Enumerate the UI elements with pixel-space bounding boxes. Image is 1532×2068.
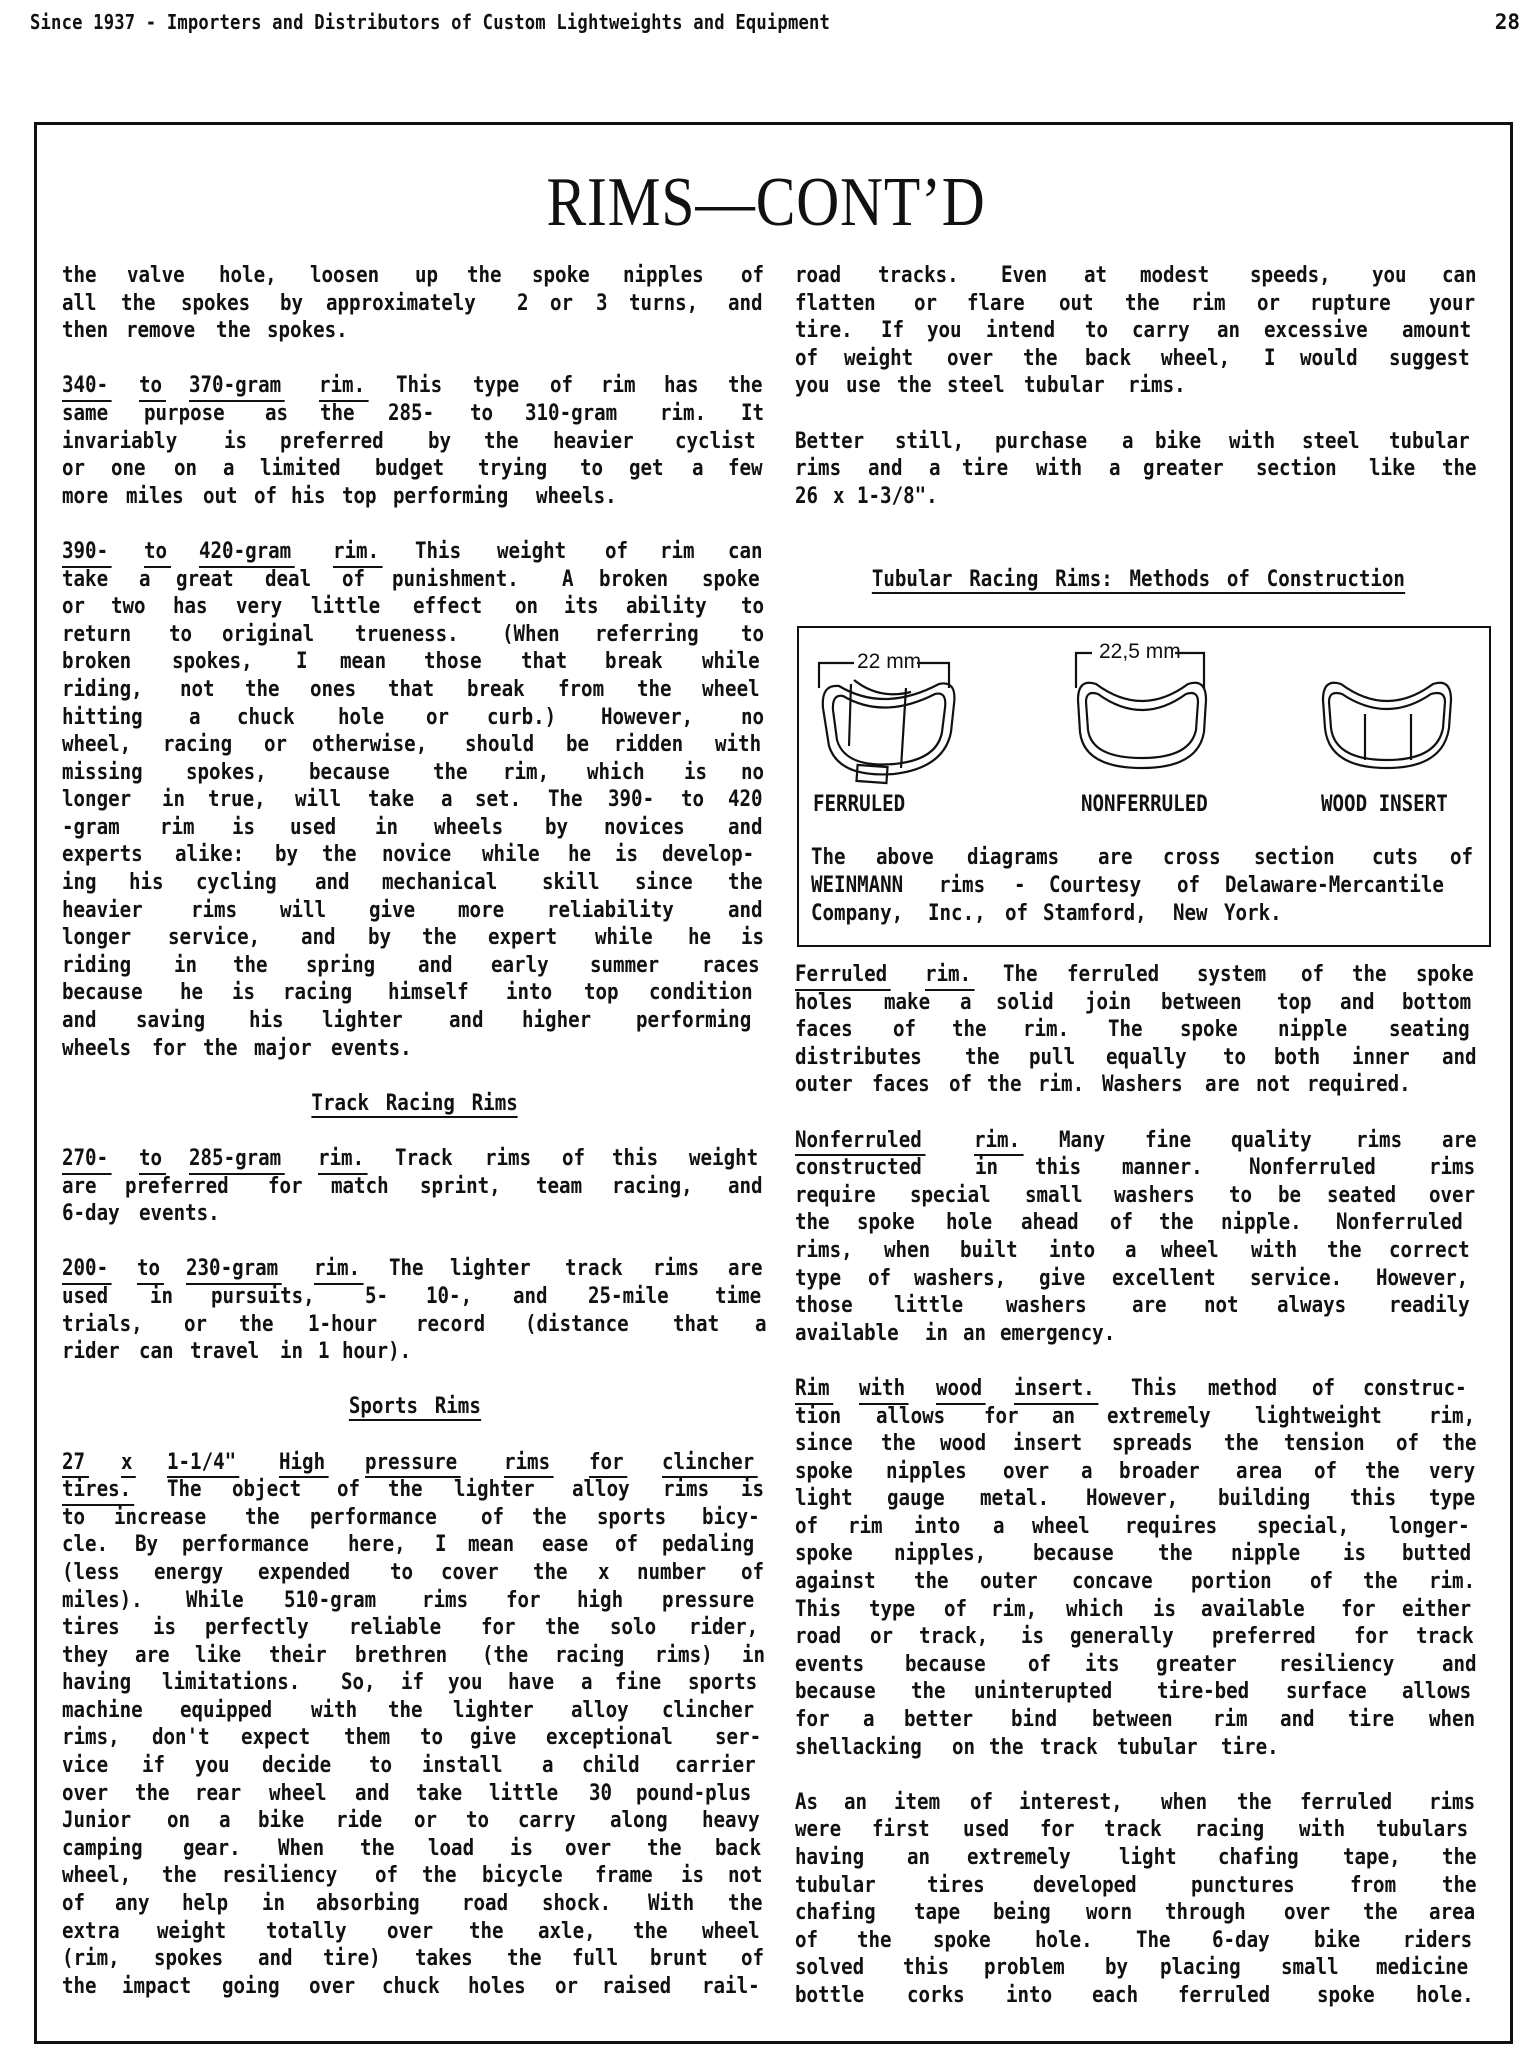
- text-line: thespokeholeaheadofthenipple.Nonferruled: [795, 1209, 1482, 1237]
- nonferruled-dimension: 22,5 mm: [1099, 640, 1181, 663]
- text-line: rims,don'texpectthemtogiveexceptionalser…: [62, 1724, 768, 1752]
- text-line: toincreasetheperformanceofthesportsbicy-: [62, 1504, 768, 1532]
- page-number: 28: [1495, 10, 1520, 34]
- text-line: tionallowsforanextremelylightweightrim,: [795, 1403, 1482, 1431]
- text-line: missingspokes,becausetherim,whichisno: [62, 759, 768, 787]
- text-line: oroneonalimitedbudgettryingtogetafew: [62, 455, 768, 483]
- text-line: Ferruledrim.Theferruledsystemofthespoke: [795, 961, 1482, 989]
- text-line: tiresisperfectlyreliableforthesolorider,: [62, 1614, 768, 1642]
- text-line: 6-dayevents.: [62, 1200, 768, 1228]
- text-line: thevalvehole,loosenupthespokenipplesof: [62, 262, 768, 290]
- paragraph: TheabovediagramsarecrosssectioncutsofWEI…: [811, 844, 1477, 928]
- paragraph: 200-to230-gramrim.Thelightertrackrimsare…: [62, 1255, 768, 1365]
- text-line: viceifyoudecidetoinstallachildcarrier: [62, 1752, 768, 1780]
- text-line: becauseheisracinghimselfintotopcondition: [62, 979, 768, 1007]
- text-line: chafingtapebeingwornthroughoverthearea: [795, 1899, 1482, 1927]
- paragraph-gap: [795, 1347, 1482, 1375]
- paragraph: Nonferruledrim.Manyfinequalityrimsarecon…: [795, 1127, 1482, 1348]
- text-line: andsavinghislighterandhigherperforming: [62, 1007, 768, 1035]
- text-line: forabetterbindbetweenrimandtirewhen: [795, 1706, 1482, 1734]
- paragraph-gap: [62, 1228, 768, 1256]
- text-line: Rimwithwoodinsert.Thismethodofconstruc-: [795, 1375, 1482, 1403]
- text-line: Thistypeofrim,whichisavailableforeither: [795, 1596, 1482, 1624]
- text-line: roadortrack,isgenerallypreferredfortrack: [795, 1623, 1482, 1651]
- text-line: longerservice,andbytheexpertwhileheis: [62, 924, 768, 952]
- text-line: theyareliketheirbrethren(theracingrims)i…: [62, 1642, 768, 1670]
- text-line: tire.Ifyouintendtocarryanexcessiveamount: [795, 317, 1482, 345]
- text-line: cle.Byperformancehere,Imeaneaseofpedalin…: [62, 1531, 768, 1559]
- text-line: availableinanemergency.: [795, 1320, 1482, 1348]
- text-line: ofrimintoawheelrequiresspecial,longer-: [795, 1513, 1482, 1541]
- text-line: trials,orthe1-hourrecord(distancethata: [62, 1311, 768, 1339]
- text-line: holesmakeasolidjoinbetweentopandbottom: [795, 989, 1482, 1017]
- text-line: Betterstill,purchaseabikewithsteeltubula…: [795, 428, 1482, 456]
- left-column: thevalvehole,loosenupthespokenipplesofal…: [62, 262, 768, 2000]
- text-line: youusethesteeltubularrims.: [795, 372, 1482, 400]
- text-line: ortwohasverylittleeffectonitsabilityto: [62, 593, 768, 621]
- paragraph-gap: [62, 1062, 768, 1090]
- text-line: invariablyispreferredbytheheaviercyclist: [62, 428, 768, 456]
- ferruled-label: FERRULED: [813, 792, 905, 817]
- paragraph: Rimwithwoodinsert.Thismethodofconstruc-t…: [795, 1375, 1482, 1761]
- text-line: -gramrimisusedinwheelsbynovicesand: [62, 814, 768, 842]
- paragraph-gap: [795, 1761, 1482, 1789]
- running-header: Since 1937 - Importers and Distributors …: [30, 10, 830, 34]
- text-line: roadtracks.Evenatmodestspeeds,youcan: [795, 262, 1482, 290]
- text-line: outerfacesoftherim.Washersarenotrequired…: [795, 1071, 1482, 1099]
- text-line: rimsandatirewithagreatersectionlikethe: [795, 455, 1482, 483]
- paragraph-gap: [795, 400, 1482, 428]
- text-line: 200-to230-gramrim.Thelightertrackrimsare: [62, 1255, 768, 1283]
- paragraph: Ferruledrim.Theferruledsystemofthespokeh…: [795, 961, 1482, 1099]
- text-line: requirespecialsmallwasherstobeseatedover: [795, 1182, 1482, 1210]
- text-line: 340-to370-gramrim.Thistypeofrimhasthe: [62, 372, 768, 400]
- text-line: spokenipplesoverabroaderareaofthevery: [795, 1458, 1482, 1486]
- text-line: Nonferruledrim.Manyfinequalityrimsare: [795, 1127, 1482, 1155]
- text-line: campinggear.Whentheloadisovertheback: [62, 1835, 768, 1863]
- text-line: eventsbecauseofitsgreaterresiliencyand: [795, 1651, 1482, 1679]
- text-line: Theabovediagramsarecrosssectioncutsof: [811, 844, 1477, 872]
- paragraph-gap: [62, 1421, 768, 1449]
- wood-insert-rim-cross-section-icon: [1323, 683, 1451, 768]
- text-line: wheel,racingorotherwise,shouldberiddenwi…: [62, 731, 768, 759]
- text-line: constructedinthismanner.Nonferruledrims: [795, 1154, 1482, 1182]
- page-title: RIMS—CONT’D: [115, 168, 1417, 238]
- text-line: ofweightoverthebackwheel,Iwouldsuggest: [795, 345, 1482, 373]
- text-line: wheelsforthemajorevents.: [62, 1035, 768, 1063]
- figure-heading-wrap: Tubular Racing Rims: Methods of Construc…: [795, 566, 1482, 594]
- text-line: havinganextremelylightchafingtape,the: [795, 1844, 1482, 1872]
- text-line: overtherearwheelandtakelittle30pound-plu…: [62, 1780, 768, 1808]
- text-line: wheel,theresiliencyofthebicycleframeisno…: [62, 1862, 768, 1890]
- section-heading: Track Racing Rims: [312, 1092, 518, 1118]
- text-line: brokenspokes,Imeanthosethatbreakwhile: [62, 648, 768, 676]
- text-line: usedinpursuits,5-10-,and25-miletime: [62, 1283, 768, 1311]
- figure-caption: TheabovediagramsarecrosssectioncutsofWEI…: [811, 844, 1477, 928]
- text-line: takeagreatdealofpunishment.Abrokenspoke: [62, 566, 768, 594]
- text-line: tubulartiresdevelopedpuncturesfromthe: [795, 1872, 1482, 1900]
- text-line: typeofwashers,giveexcellentservice.Howev…: [795, 1265, 1482, 1293]
- paragraph: Betterstill,purchaseabikewithsteeltubula…: [795, 428, 1482, 511]
- text-line: (rim,spokesandtire)takesthefullbruntof: [62, 1945, 768, 1973]
- section-heading-wrap: Track Racing Rims: [62, 1090, 768, 1118]
- nonferruled-label: NONFERRULED: [1081, 792, 1208, 817]
- section-heading-wrap: Sports Rims: [62, 1393, 768, 1421]
- paragraph: 390-to420-gramrim.Thisweightofrimcantake…: [62, 538, 768, 1062]
- wood-insert-label: WOOD INSERT: [1321, 792, 1448, 817]
- text-line: WEINMANNrims-CourtesyofDelaware-Mercanti…: [811, 872, 1477, 900]
- ferruled-rim-cross-section-icon: [819, 663, 954, 783]
- paragraph: thevalvehole,loosenupthespokenipplesofal…: [62, 262, 768, 345]
- text-line: ridinginthespringandearlysummerraces: [62, 952, 768, 980]
- section-heading: Sports Rims: [349, 1395, 481, 1421]
- paragraph: 270-to285-gramrim.Trackrimsofthisweighta…: [62, 1145, 768, 1228]
- text-line: arepreferredformatchsprint,teamracing,an…: [62, 1173, 768, 1201]
- text-line: allthespokesbyapproximately2or3turns,and: [62, 290, 768, 318]
- right-column-top: roadtracks.Evenatmodestspeeds,youcanflat…: [795, 262, 1482, 510]
- text-line: (lessenergyexpendedtocoverthexnumberof: [62, 1559, 768, 1587]
- paragraph-gap: [62, 1366, 768, 1394]
- text-line: expertsalike:bythenovicewhileheisdevelop…: [62, 841, 768, 869]
- text-line: distributesthepullequallytobothinnerand: [795, 1044, 1482, 1072]
- text-line: 27x1-1/4"Highpressurerimsforclincher: [62, 1449, 768, 1477]
- text-line: returntooriginaltrueness.(Whenreferringt…: [62, 621, 768, 649]
- text-line: ridercantravelin1hour).: [62, 1338, 768, 1366]
- paragraph: 27x1-1/4"Highpressurerimsforclinchertire…: [62, 1449, 768, 2001]
- text-line: ofthespokehole.The6-daybikeriders: [795, 1927, 1482, 1955]
- figure-heading: Tubular Racing Rims: Methods of Construc…: [872, 568, 1405, 594]
- text-line: theimpactgoingoverchuckholesorraisedrail…: [62, 1973, 768, 2001]
- text-line: heavierrimswillgivemorereliabilityand: [62, 897, 768, 925]
- text-line: machineequippedwiththelighteralloyclinch…: [62, 1697, 768, 1725]
- paragraph: roadtracks.Evenatmodestspeeds,youcanflat…: [795, 262, 1482, 400]
- text-line: tires.Theobjectofthelighteralloyrimsis: [62, 1476, 768, 1504]
- text-line: Junioronabikerideortocarryalongheavy: [62, 1807, 768, 1835]
- text-line: hittingachuckholeorcurb.)However,no: [62, 704, 768, 732]
- paragraph: Asanitemofinterest,whentheferruledrimswe…: [795, 1789, 1482, 2010]
- text-line: moremilesoutofhistopperformingwheels.: [62, 483, 768, 511]
- text-line: Asanitemofinterest,whentheferruledrims: [795, 1789, 1482, 1817]
- text-line: thoselittlewashersarenotalwaysreadily: [795, 1292, 1482, 1320]
- text-line: thenremovethespokes.: [62, 317, 768, 345]
- paragraph-gap: [62, 345, 768, 373]
- nonferruled-rim-cross-section-icon: [1076, 653, 1206, 768]
- text-line: riding,nottheonesthatbreakfromthewheel: [62, 676, 768, 704]
- text-line: 26x1-3/8".: [795, 483, 1482, 511]
- text-line: ofanyhelpinabsorbingroadshock.Withthe: [62, 1890, 768, 1918]
- text-line: miles).While510-gramrimsforhighpressure: [62, 1587, 768, 1615]
- text-line: longerintrue,willtakeaset.The390-to420: [62, 786, 768, 814]
- text-line: spokenipples,becausethenippleisbutted: [795, 1540, 1482, 1568]
- text-line: sincethewoodinsertspreadsthetensionofthe: [795, 1430, 1482, 1458]
- text-line: solvedthisproblembyplacingsmallmedicine: [795, 1954, 1482, 1982]
- text-line: extraweighttotallyovertheaxle,thewheel: [62, 1918, 768, 1946]
- text-line: rims,whenbuiltintoawheelwiththecorrect: [795, 1237, 1482, 1265]
- paragraph-gap: [795, 1099, 1482, 1127]
- text-line: inghiscyclingandmechanicalskillsincethe: [62, 869, 768, 897]
- text-line: werefirstusedfortrackracingwithtubulars: [795, 1816, 1482, 1844]
- text-line: flattenorflareouttherimorruptureyour: [795, 290, 1482, 318]
- text-line: bottlecorksintoeachferruledspokehole.: [795, 1982, 1482, 2010]
- rim-diagram-figure: 22 mm 22,5 mm FERRULED NONFERRULED WOOD …: [797, 626, 1491, 947]
- text-line: samepurposeasthe285-to310-gramrim.It: [62, 400, 768, 428]
- text-line: 270-to285-gramrim.Trackrimsofthisweight: [62, 1145, 768, 1173]
- text-line: shellackingonthetracktubulartire.: [795, 1734, 1482, 1762]
- text-line: becausetheuninteruptedtire-bedsurfaceall…: [795, 1678, 1482, 1706]
- text-line: havinglimitations.So,ifyouhaveafinesport…: [62, 1669, 768, 1697]
- paragraph-gap: [62, 1117, 768, 1145]
- text-line: Company,Inc.,ofStamford,NewYork.: [811, 900, 1477, 928]
- ferruled-dimension: 22 mm: [857, 650, 921, 673]
- text-line: 390-to420-gramrim.Thisweightofrimcan: [62, 538, 768, 566]
- text-line: lightgaugemetal.However,buildingthistype: [795, 1485, 1482, 1513]
- right-column-bottom: Ferruledrim.Theferruledsystemofthespokeh…: [795, 961, 1482, 2010]
- paragraph-gap: [62, 510, 768, 538]
- paragraph: 340-to370-gramrim.Thistypeofrimhasthesam…: [62, 372, 768, 510]
- text-line: facesoftherim.Thespokenippleseating: [795, 1016, 1482, 1044]
- text-line: againsttheouterconcaveportionoftherim.: [795, 1568, 1482, 1596]
